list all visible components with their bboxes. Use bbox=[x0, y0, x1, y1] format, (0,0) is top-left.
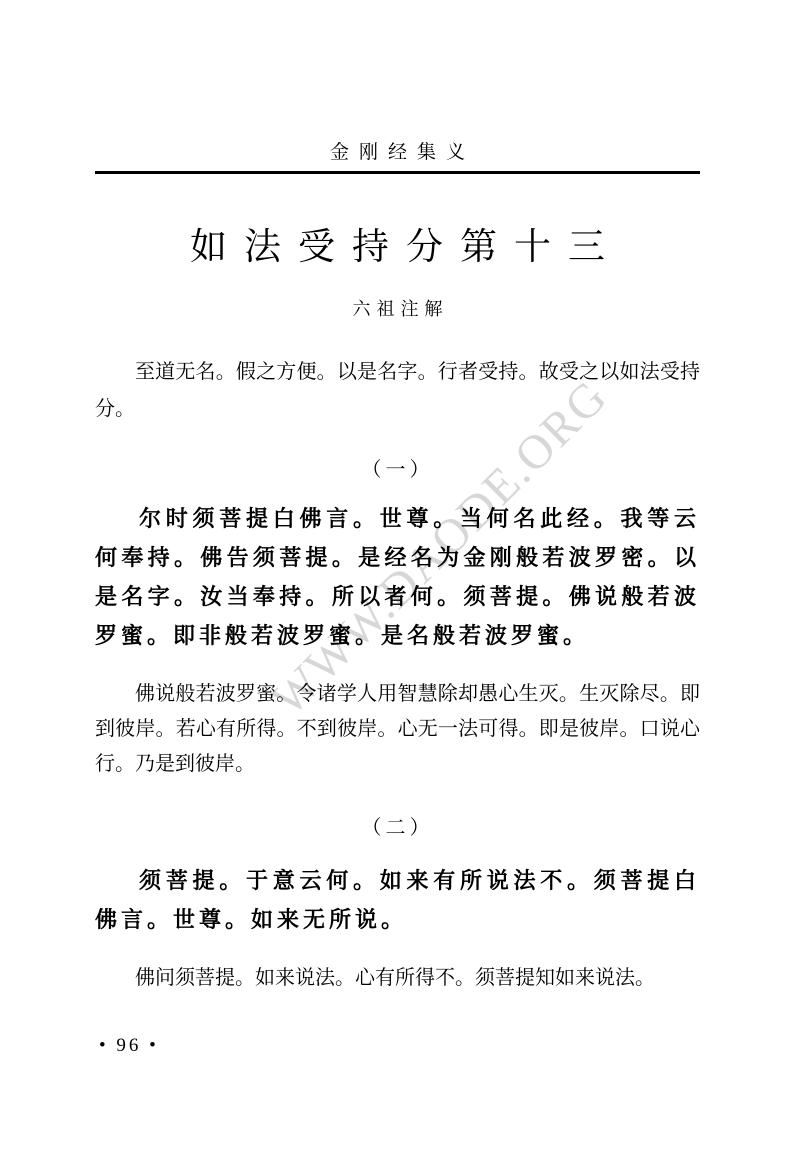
chapter-subtitle: 六祖注解 bbox=[95, 297, 700, 321]
commentary-paragraph-1: 佛说般若波罗蜜。令诸学人用智慧除却愚心生灭。生灭除尽。即到彼岸。若心有所得。不到… bbox=[95, 677, 700, 782]
scripture-paragraph-1: 尔时须菩提白佛言。世尊。当何名此经。我等云何奉持。佛告须菩提。是经名为金刚般若波… bbox=[95, 499, 700, 655]
scripture-paragraph-2: 须菩提。于意云何。如来有所说法不。须菩提白佛言。世尊。如来无所说。 bbox=[95, 861, 700, 939]
book-page: WWW.DAODE.ORG 金刚经集义 如法受持分第十三 六祖注解 至道无名。假… bbox=[0, 0, 794, 1149]
section-marker-1: （一） bbox=[95, 458, 700, 482]
chapter-title: 如法受持分第十三 bbox=[95, 224, 700, 272]
running-header: 金刚经集义 bbox=[95, 142, 700, 164]
header-rule bbox=[95, 171, 700, 174]
section-marker-2: （二） bbox=[95, 816, 700, 840]
commentary-paragraph-2: 佛问须菩提。如来说法。心有所得不。须菩提知如来说法。 bbox=[95, 961, 700, 996]
page-number: • 96 • bbox=[99, 1034, 159, 1058]
intro-paragraph: 至道无名。假之方便。以是名字。行者受持。故受之以如法受持分。 bbox=[95, 354, 700, 428]
page-content: 金刚经集义 如法受持分第十三 六祖注解 至道无名。假之方便。以是名字。行者受持。… bbox=[0, 142, 794, 996]
